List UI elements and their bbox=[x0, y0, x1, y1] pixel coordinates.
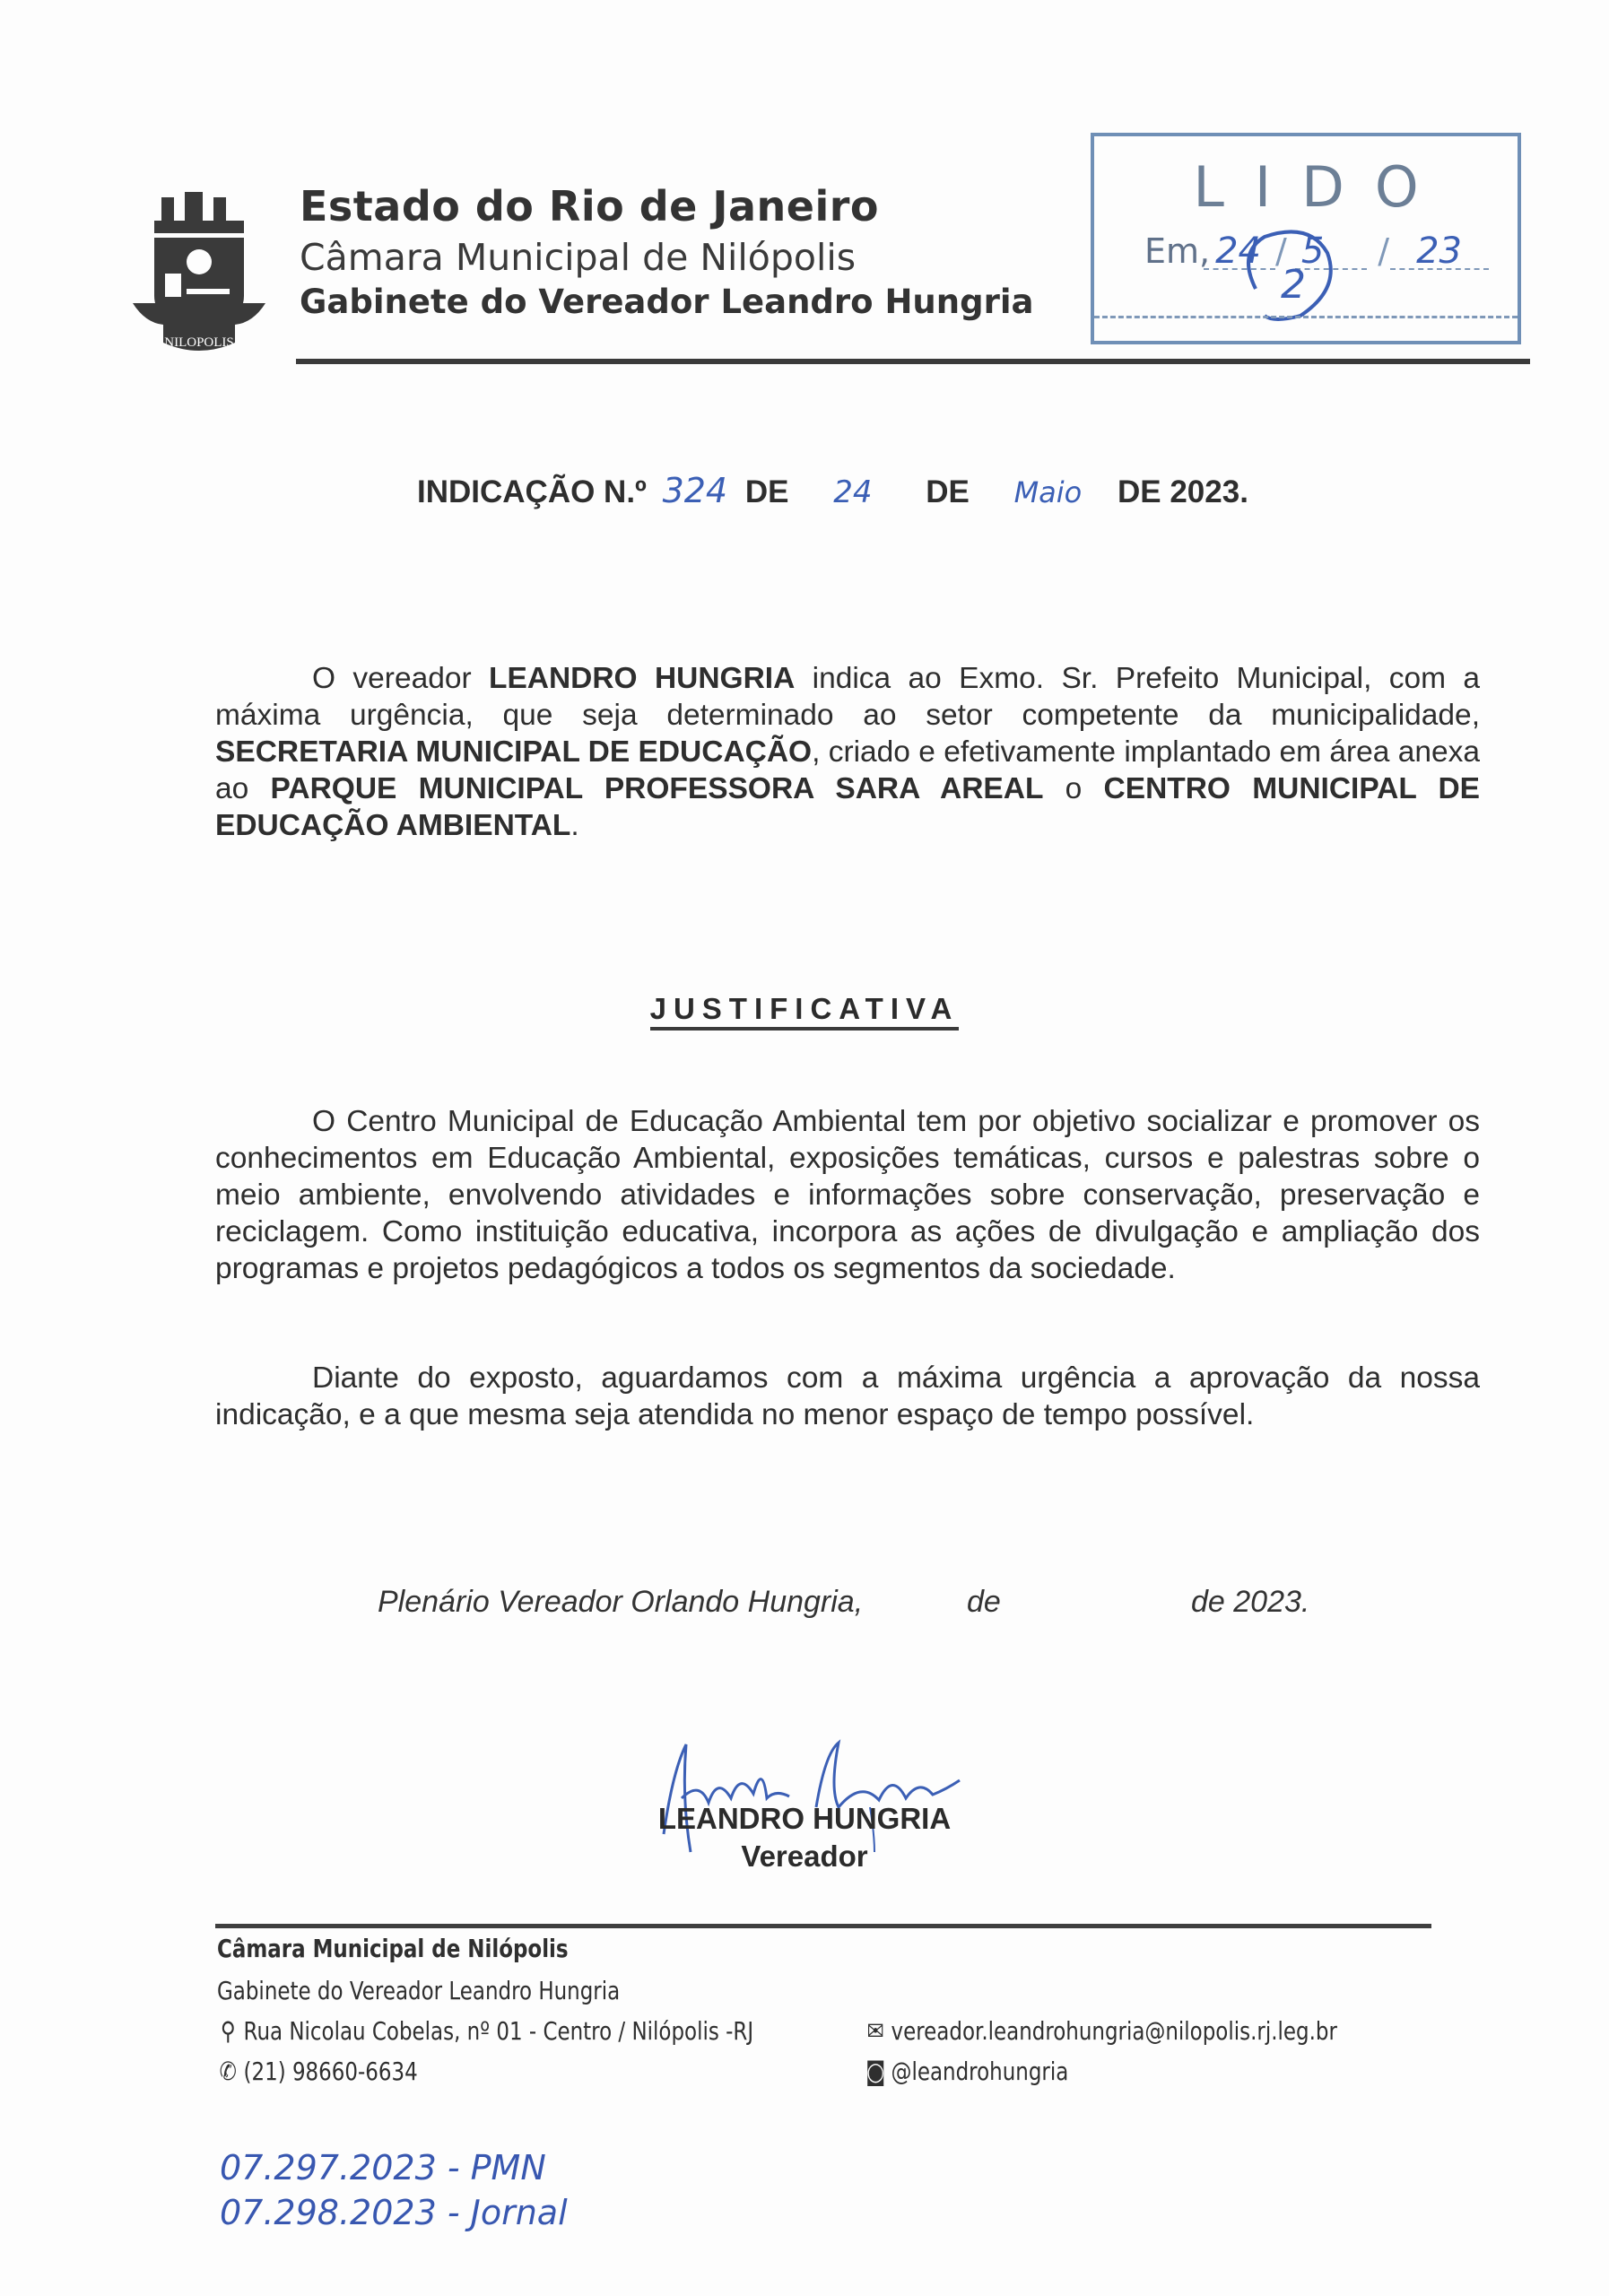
plenario-year: de 2023. bbox=[1191, 1585, 1309, 1620]
header-divider bbox=[296, 359, 1530, 364]
closing-paragraph: Diante do exposto, aguardamos com a máxi… bbox=[215, 1360, 1480, 1433]
footer-office: Gabinete do Vereador Leandro Hungria bbox=[217, 1976, 620, 2005]
footer-phone: ✆(21) 98660-6634 bbox=[217, 2057, 418, 2086]
stamp-prefix: Em, bbox=[1144, 231, 1210, 271]
chamber-heading: Câmara Municipal de Nilópolis bbox=[300, 236, 856, 279]
state-heading: Estado do Rio de Janeiro bbox=[300, 182, 879, 230]
stamp-circled-number: 2 bbox=[1281, 262, 1306, 308]
footer-email: ✉vereador.leandrohungria@nilopolis.rj.le… bbox=[865, 2016, 1337, 2046]
instagram-icon: ◙ bbox=[865, 2057, 887, 2086]
handwritten-note: 07.298.2023 - Jornal bbox=[220, 2193, 568, 2232]
footer-address: ⚲Rua Nicolau Cobelas, nº 01 - Centro / N… bbox=[217, 2016, 753, 2046]
title-prefix: INDICAÇÃO N.º bbox=[417, 474, 647, 510]
title-de-2: DE bbox=[926, 474, 970, 510]
title-de: DE bbox=[745, 474, 789, 510]
lido-stamp: LIDO Em,24/5/23 2 bbox=[1091, 133, 1521, 344]
plenario-de: de bbox=[967, 1585, 1001, 1620]
office-heading: Gabinete do Vereador Leandro Hungria bbox=[300, 283, 1033, 321]
title-suffix: DE 2023. bbox=[1118, 474, 1248, 510]
indicacao-day: 24 bbox=[833, 474, 872, 510]
stamp-label: LIDO bbox=[1094, 154, 1518, 220]
signer-name: LEANDRO HUNGRIA bbox=[0, 1802, 1609, 1836]
plenario-place: Plenário Vereador Orlando Hungria, bbox=[378, 1585, 863, 1620]
pin-icon: ⚲ bbox=[217, 2016, 239, 2046]
footer-divider bbox=[215, 1924, 1431, 1928]
justificativa-paragraph: O Centro Municipal de Educação Ambiental… bbox=[215, 1103, 1480, 1287]
phone-icon: ✆ bbox=[217, 2057, 239, 2086]
crest-label: NILOPOLIS bbox=[164, 335, 234, 350]
indicacao-month: Maio bbox=[1014, 475, 1083, 509]
footer-chamber: Câmara Municipal de Nilópolis bbox=[217, 1934, 569, 1963]
indicacao-number: 324 bbox=[663, 471, 728, 510]
indicacao-paragraph: O vereador LEANDRO HUNGRIA indica ao Exm… bbox=[215, 660, 1480, 844]
stamp-year: 23 bbox=[1416, 230, 1462, 272]
coat-of-arms-icon: NILOPOLIS bbox=[127, 188, 271, 354]
indicacao-title: INDICAÇÃO N.º 324 DE 24 DE Maio DE 2023. bbox=[417, 471, 1248, 510]
signer-role: Vereador bbox=[0, 1839, 1609, 1874]
handwritten-note: 07.297.2023 - PMN bbox=[220, 2148, 546, 2187]
email-icon: ✉ bbox=[865, 2016, 887, 2046]
justificativa-heading: JUSTIFICATIVA bbox=[0, 992, 1609, 1026]
footer-social: ◙@leandrohungria bbox=[865, 2057, 1068, 2086]
